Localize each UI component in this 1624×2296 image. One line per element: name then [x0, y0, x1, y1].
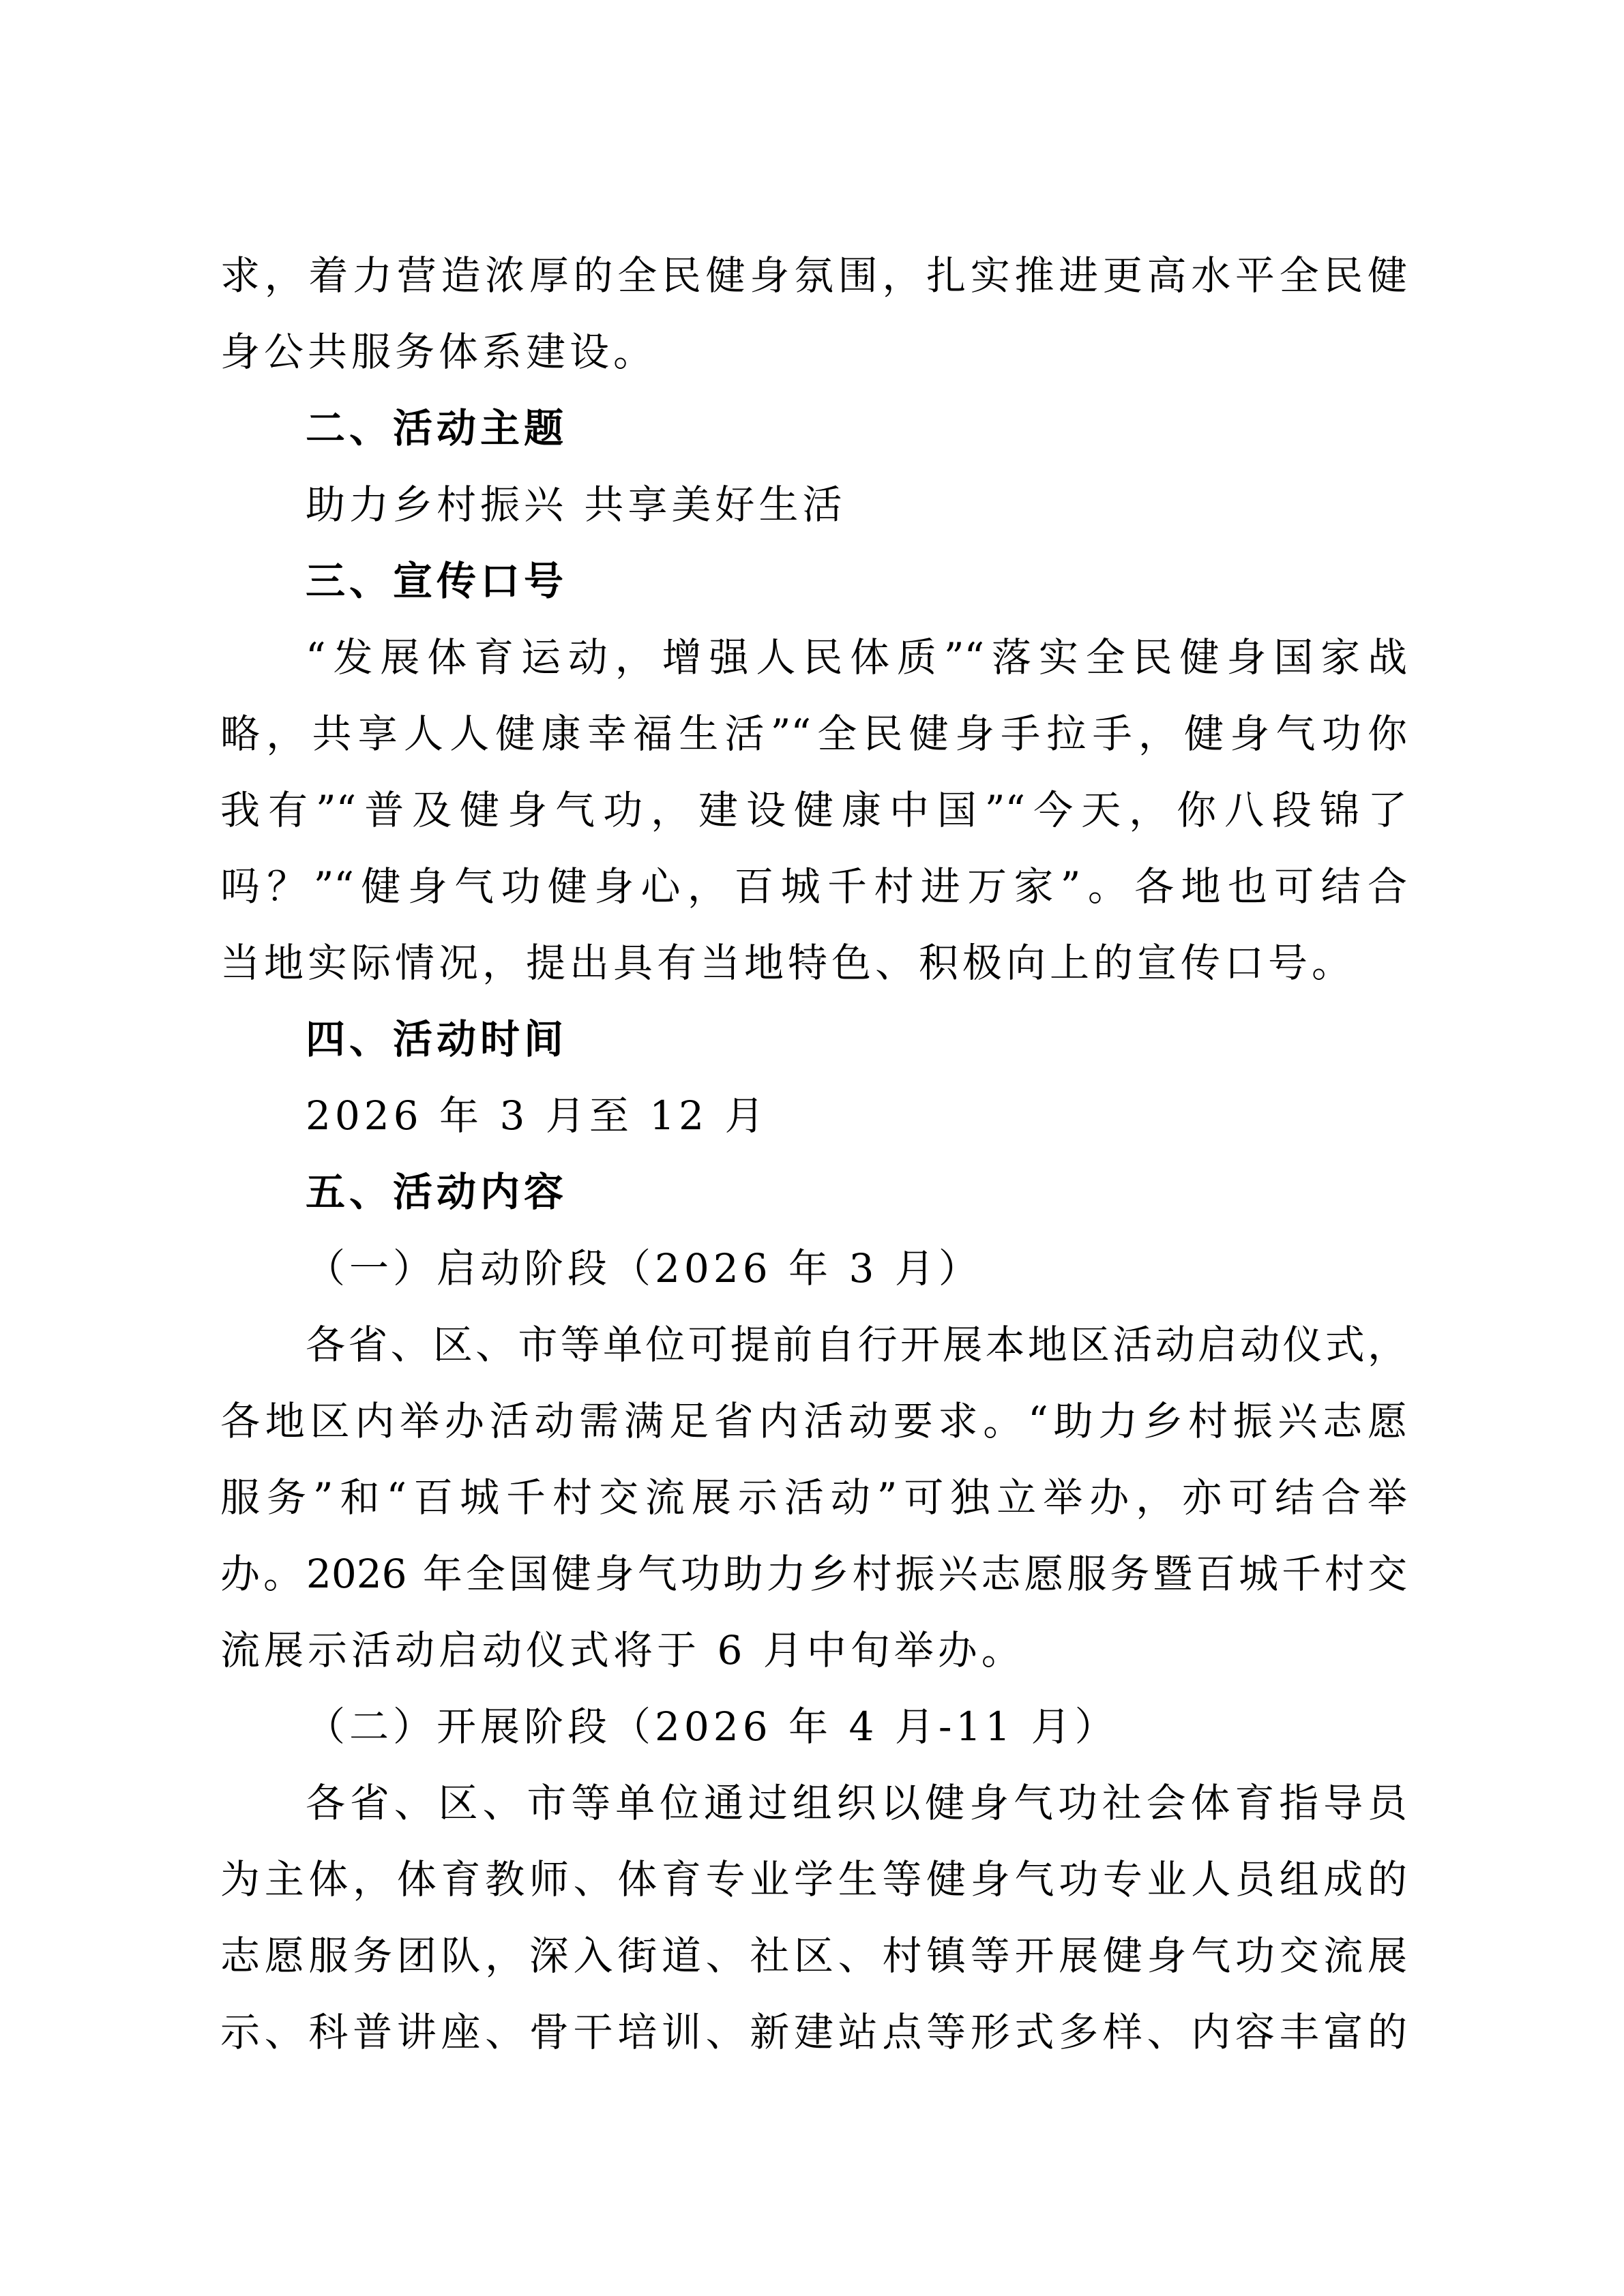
- paragraph-line: 示、科普讲座、骨干培训、新建站点等形式多样、内容丰富的: [220, 2008, 1407, 2057]
- subsection-heading-launch: （一）启动阶段（2026 年 3 月）: [306, 1244, 982, 1293]
- document-page: 求，着力营造浓厚的全民健身氛围，扎实推进更高水平全民健 身公共服务体系建设。 二…: [0, 0, 1624, 2296]
- paragraph-line: 办。2026 年全国健身气功助力乡村振兴志愿服务暨百城千村交: [220, 1549, 1407, 1598]
- paragraph-line: 略，共享人人健康幸福生活”“全民健身手拉手，健身气功你: [220, 709, 1407, 758]
- paragraph-line: 各省、区、市等单位通过组织以健身气功社会体育指导员: [306, 1778, 1407, 1828]
- paragraph-line: 流展示活动启动仪式将于 6 月中旬举办。: [220, 1626, 1025, 1675]
- paragraph-line: 我有”“普及健身气功，建设健康中国”“今天，你八段锦了: [220, 786, 1407, 835]
- activity-theme-text: 助力乡村振兴 共享美好生活: [306, 480, 846, 529]
- paragraph-line: 吗？”“健身气功健身心，百城千村进万家”。各地也可结合: [220, 862, 1407, 911]
- section-heading-time: 四、活动时间: [306, 1015, 567, 1064]
- paragraph-line: 身公共服务体系建设。: [220, 327, 657, 376]
- paragraph-line: 为主体，体育教师、体育专业学生等健身气功专业人员组成的: [220, 1855, 1407, 1904]
- section-heading-theme: 二、活动主题: [306, 404, 567, 453]
- paragraph-line: 各省、区、市等单位可提前自行开展本地区活动启动仪式，: [306, 1320, 1407, 1369]
- paragraph-line: “发展体育运动，增强人民体质”“落实全民健身国家战: [306, 633, 1407, 682]
- paragraph-line: 求，着力营造浓厚的全民健身氛围，扎实推进更高水平全民健: [220, 251, 1407, 300]
- paragraph-line: 各地区内举办活动需满足省内活动要求。“助力乡村振兴志愿: [220, 1397, 1407, 1446]
- section-heading-content: 五、活动内容: [306, 1167, 567, 1217]
- section-heading-slogans: 三、宣传口号: [306, 556, 567, 606]
- paragraph-line: 志愿服务团队，深入街道、社区、村镇等开展健身气功交流展: [220, 1931, 1407, 1980]
- paragraph-line: 当地实际情况，提出具有当地特色、积极向上的宣传口号。: [220, 938, 1355, 987]
- subsection-heading-implementation: （二）开展阶段（2026 年 4 月-11 月）: [306, 1702, 1119, 1751]
- paragraph-line: 服务”和“百城千村交流展示活动”可独立举办，亦可结合举: [220, 1473, 1407, 1522]
- activity-time-text: 2026 年 3 月至 12 月: [306, 1091, 769, 1140]
